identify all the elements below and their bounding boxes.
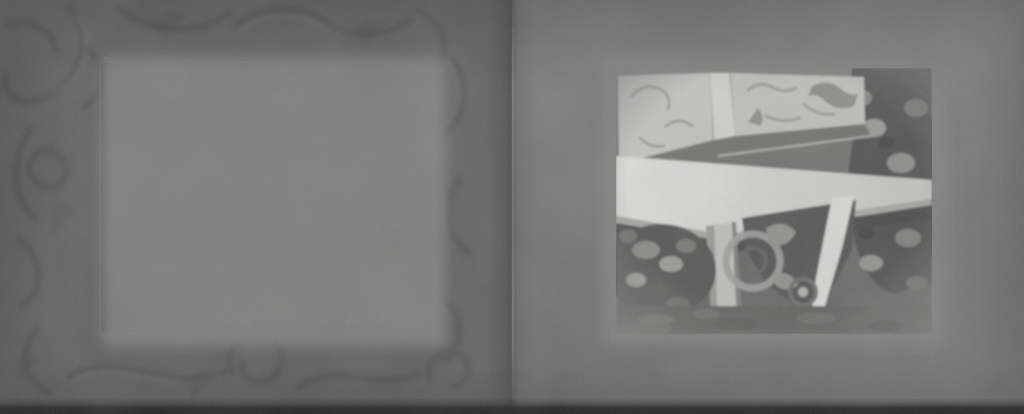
photo-vignette bbox=[616, 68, 932, 334]
bench-photo-drawing bbox=[616, 68, 932, 334]
scan-vignette bbox=[0, 0, 1024, 414]
caption-line bbox=[129, 103, 375, 106]
caption-line bbox=[129, 223, 372, 226]
caption-panel bbox=[100, 62, 410, 334]
caption-line bbox=[129, 247, 372, 250]
film-grain-overlay bbox=[0, 0, 1024, 414]
caption-line bbox=[129, 235, 360, 238]
ground bbox=[616, 306, 932, 334]
foliage-left bbox=[616, 224, 716, 316]
photo-background bbox=[616, 68, 932, 334]
scan-bottom-shadow bbox=[0, 398, 1024, 414]
illegible-caption-text bbox=[101, 63, 409, 333]
gutter-highlight-line bbox=[512, 6, 514, 408]
damask-pattern bbox=[0, 0, 512, 414]
caption-line bbox=[129, 163, 382, 166]
bench-seat-slab bbox=[616, 156, 932, 259]
book-gutter bbox=[486, 0, 538, 414]
bench-back-reliefs bbox=[618, 73, 871, 164]
bench-supports bbox=[706, 196, 856, 334]
photo-mount bbox=[602, 56, 946, 346]
caption-line bbox=[129, 175, 369, 178]
caption-line bbox=[129, 271, 271, 274]
caption-line bbox=[129, 127, 363, 130]
caption-line bbox=[129, 151, 372, 154]
right-page bbox=[512, 0, 1024, 414]
caption-line bbox=[129, 139, 378, 142]
left-page bbox=[0, 0, 512, 414]
foliage-right bbox=[848, 68, 932, 293]
caption-line bbox=[135, 211, 381, 214]
caption-line bbox=[138, 91, 378, 94]
caption-line bbox=[129, 115, 372, 118]
bench-photograph bbox=[616, 68, 932, 334]
photo-mount-area bbox=[102, 56, 446, 346]
caption-line bbox=[129, 259, 351, 262]
caption-line bbox=[129, 187, 375, 190]
caption-line bbox=[129, 199, 366, 202]
book-spread-scan bbox=[0, 0, 1024, 414]
